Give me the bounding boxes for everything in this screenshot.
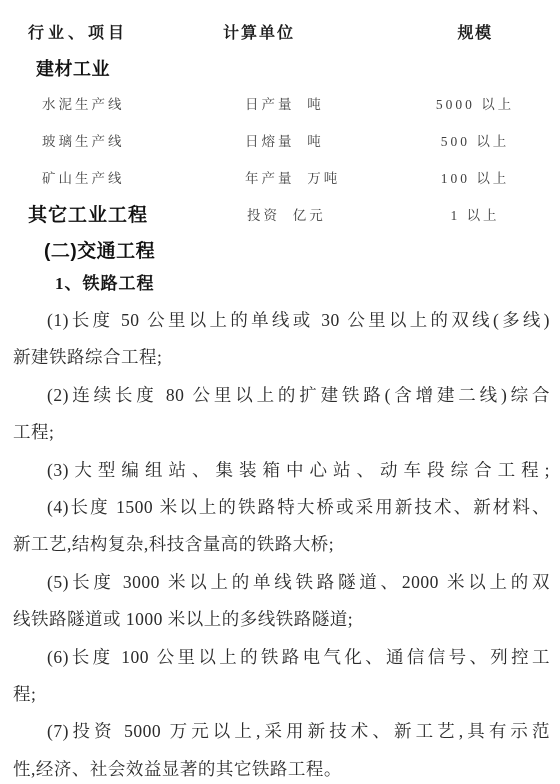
- industry-cell: 水泥生产线: [0, 93, 223, 113]
- body-text: (1)长度 50 公里以上的单线或 30 公里以上的双线(多线) 新建铁路综合工…: [0, 302, 560, 784]
- body-line: (4)长度 1500 米以上的铁路特大桥或采用新技术、新材料、: [13, 489, 550, 526]
- table-row: 矿山生产线 年产量 万吨 100 以上: [0, 167, 560, 187]
- table-header-row: 行业、项目 计算单位 规模: [0, 20, 560, 42]
- section-heading-transport: (二)交通工程: [0, 238, 560, 265]
- body-line: 工程;: [13, 414, 550, 451]
- section-label-building-materials: 建材工业: [0, 55, 223, 81]
- body-line: 程;: [13, 676, 550, 713]
- column-header-industry: 行业、项目: [0, 20, 223, 43]
- body-line: (6)长度 100 公里以上的铁路电气化、通信信号、列控工: [13, 639, 550, 676]
- body-line: 性,经济、社会效益显著的其它铁路工程。: [13, 751, 550, 784]
- scale-cell: 5000 以上: [415, 93, 535, 113]
- industry-cell: 矿山生产线: [0, 167, 223, 187]
- body-line: 线铁路隧道或 1000 米以上的多线铁路隧道;: [13, 601, 550, 638]
- subsection-heading-railway: 1、铁路工程: [0, 272, 560, 295]
- unit-cell: 投资 亿元: [223, 204, 415, 224]
- body-line: 新工艺,结构复杂,科技含量高的铁路大桥;: [13, 526, 550, 563]
- column-header-unit: 计算单位: [223, 20, 415, 43]
- table-row: 玻璃生产线 日熔量 吨 500 以上: [0, 130, 560, 150]
- body-line: 新建铁路综合工程;: [13, 339, 550, 376]
- scale-cell: 500 以上: [415, 130, 535, 150]
- unit-cell: 日产量 吨: [223, 93, 415, 113]
- body-line: (3)大型编组站、集装箱中心站、动车段综合工程;: [13, 452, 550, 489]
- document-page: 行业、项目 计算单位 规模 建材工业 水泥生产线 日产量 吨 5000 以上 玻…: [0, 0, 560, 784]
- scale-cell: 100 以上: [415, 167, 535, 187]
- scale-cell: 1 以上: [415, 204, 535, 224]
- criteria-table: 行业、项目 计算单位 规模 建材工业 水泥生产线 日产量 吨 5000 以上 玻…: [0, 0, 560, 235]
- unit-cell: 日熔量 吨: [223, 130, 415, 150]
- table-row-other-industry: 其它工业工程 投资 亿元 1 以上: [0, 200, 560, 226]
- unit-cell: 年产量 万吨: [223, 167, 415, 187]
- body-line: (1)长度 50 公里以上的单线或 30 公里以上的双线(多线): [13, 302, 550, 339]
- industry-cell: 玻璃生产线: [0, 130, 223, 150]
- body-line: (5)长度 3000 米以上的单线铁路隧道、2000 米以上的双: [13, 564, 550, 601]
- body-line: (7)投资 5000 万元以上,采用新技术、新工艺,具有示范: [13, 713, 550, 750]
- industry-cell: 其它工业工程: [0, 200, 223, 227]
- table-section-row: 建材工业: [0, 55, 560, 81]
- column-header-scale: 规模: [415, 20, 535, 43]
- body-line: (2)连续长度 80 公里以上的扩建铁路(含增建二线)综合: [13, 377, 550, 414]
- table-row: 水泥生产线 日产量 吨 5000 以上: [0, 93, 560, 113]
